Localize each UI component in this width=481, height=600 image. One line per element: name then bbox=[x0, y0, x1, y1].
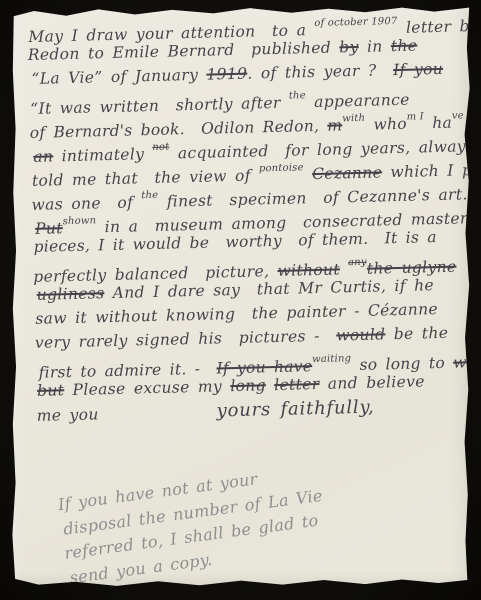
inserted-text: waiting bbox=[312, 353, 351, 365]
inserted-text: the bbox=[141, 190, 158, 201]
inserted-text: with bbox=[342, 113, 365, 125]
handwritten-text: in bbox=[358, 37, 391, 56]
struck-text: ugliness bbox=[37, 284, 105, 304]
struck-text: would bbox=[336, 325, 386, 344]
inserted-text: pontoise bbox=[259, 162, 304, 174]
struck-insertion: not bbox=[152, 142, 169, 153]
struck-text: write bbox=[453, 353, 481, 372]
handwritten-text: Please excuse my bbox=[64, 377, 230, 399]
inserted-text: of october 1907 bbox=[314, 16, 398, 29]
handwritten-text: been bbox=[464, 112, 481, 131]
struck-text: letter bbox=[274, 375, 320, 394]
letter-body: May I draw your attention to a of octobe… bbox=[27, 8, 481, 432]
letter-paper: May I draw your attention to a of octobe… bbox=[11, 7, 471, 587]
struck-text: 1919 bbox=[206, 65, 247, 84]
handwritten-text: “La Vie” of January bbox=[31, 66, 206, 88]
closing-left: me you bbox=[36, 405, 98, 425]
inserted-text: m I bbox=[407, 111, 424, 122]
struck-text: the bbox=[391, 36, 418, 55]
struck-insertion: any bbox=[348, 257, 367, 268]
struck-text: long bbox=[230, 376, 266, 395]
photo-background: May I draw your attention to a of octobe… bbox=[0, 0, 481, 600]
signature-text: yours faithfully, bbox=[216, 397, 374, 422]
struck-text: If you bbox=[393, 60, 443, 79]
handwritten-text: and believe bbox=[319, 372, 425, 393]
inserted-text: ve bbox=[452, 110, 464, 121]
inserted-text: the bbox=[289, 90, 306, 101]
inserted-text: shown bbox=[63, 215, 97, 227]
handwritten-text: . of this year ? bbox=[247, 61, 393, 83]
letter-postscript: If you have not at yourdisposal the numb… bbox=[57, 449, 407, 591]
struck-text: by bbox=[339, 38, 359, 56]
struck-text: but bbox=[37, 381, 65, 400]
handwritten-text: be the bbox=[385, 324, 448, 344]
